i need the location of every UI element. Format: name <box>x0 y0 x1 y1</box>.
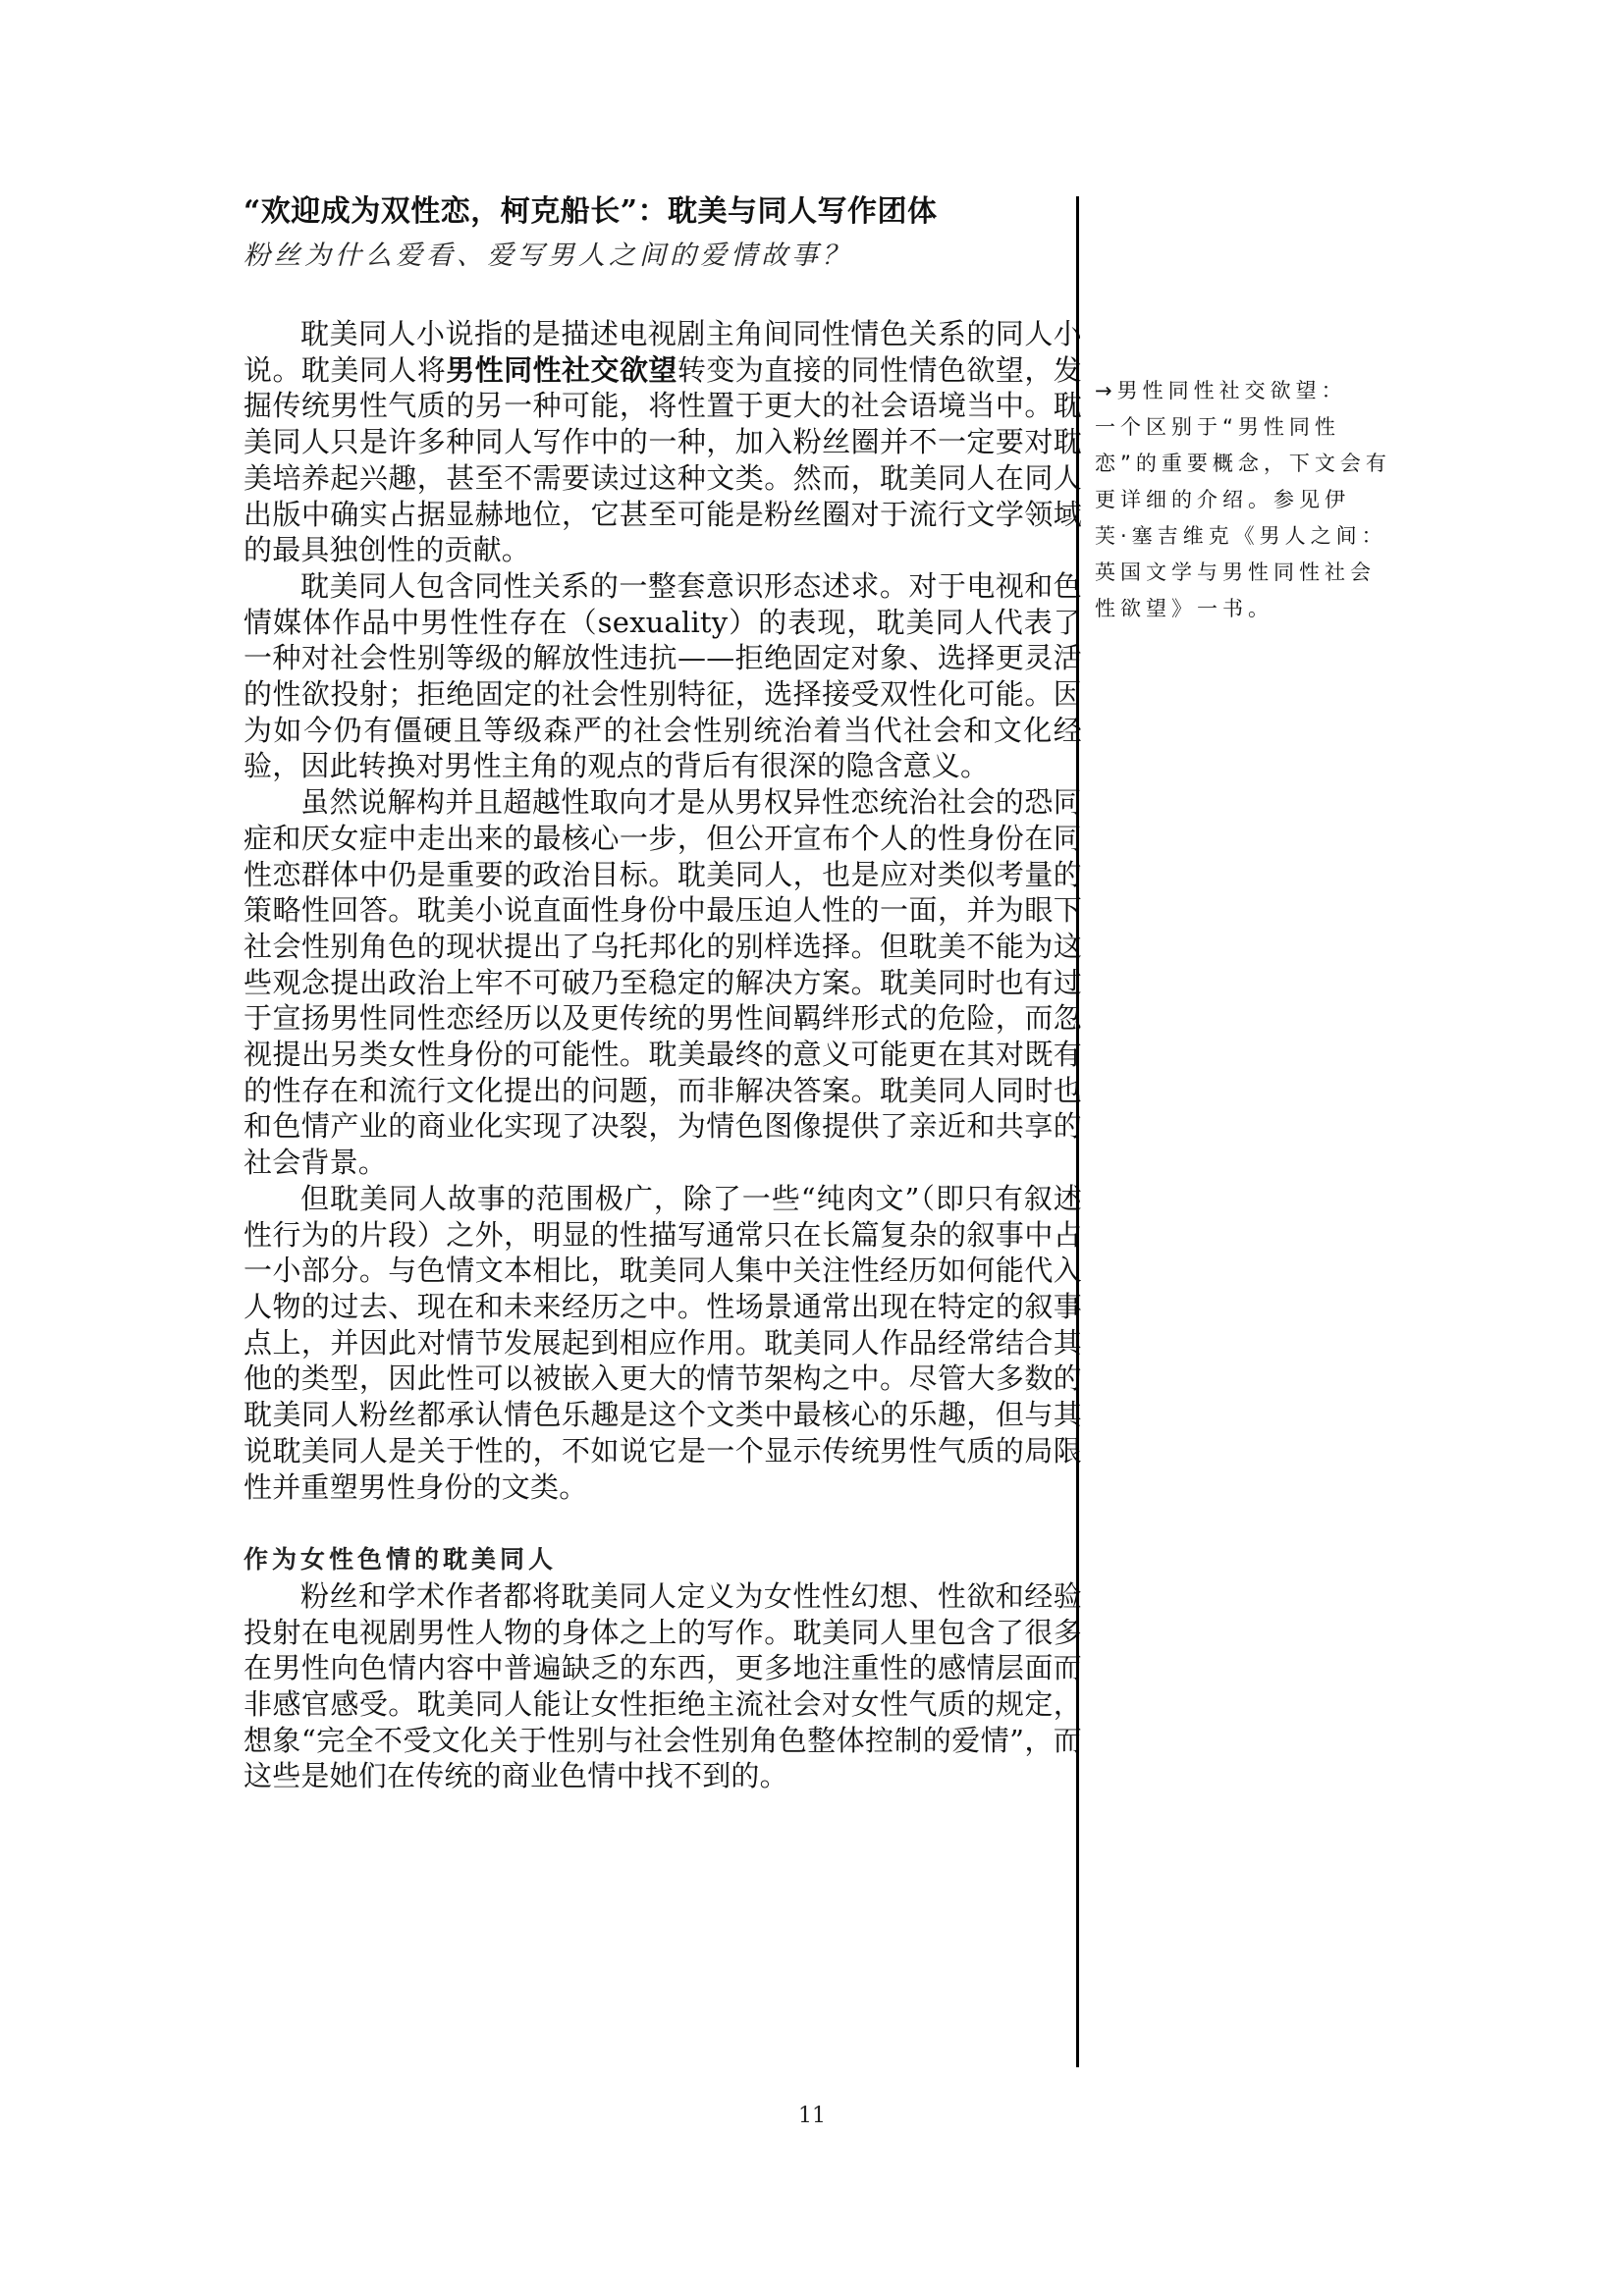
margin-note-line: 芙·塞吉维克《男人之间： <box>1095 518 1399 555</box>
margin-divider <box>1076 196 1079 2067</box>
paragraph-1: 耽美同人小说指的是描述电视剧主角间同性情色关系的同人小说。耽美同人将男性同性社交… <box>244 316 1082 568</box>
key-term: 男性同性社交欲望 <box>446 353 677 387</box>
document-page: “欢迎成为双性恋，柯克船长”：耽美与同人写作团体 粉丝为什么爱看、爱写男人之间的… <box>0 0 1624 2296</box>
main-column: “欢迎成为双性恋，柯克船长”：耽美与同人写作团体 粉丝为什么爱看、爱写男人之间的… <box>244 192 1082 1794</box>
paragraph-2: 耽美同人包含同性关系的一整套意识形态述求。对于电视和色情媒体作品中男性性存在（s… <box>244 568 1082 784</box>
page-number: 11 <box>0 2104 1624 2128</box>
margin-note: →男性同性社交欲望： 一个区别于“男性同性 恋”的重要概念，下文会有 更详细的介… <box>1095 373 1399 627</box>
section-heading: 作为女性色情的耽美同人 <box>244 1542 1082 1578</box>
margin-note-line: 一个区别于“男性同性 <box>1095 409 1399 446</box>
chapter-subtitle: 粉丝为什么爱看、爱写男人之间的爱情故事？ <box>244 236 1082 277</box>
chapter-title: “欢迎成为双性恋，柯克船长”：耽美与同人写作团体 <box>244 192 1082 232</box>
body-text: 耽美同人小说指的是描述电视剧主角间同性情色关系的同人小说。耽美同人将男性同性社交… <box>244 316 1082 1794</box>
paragraph-3: 虽然说解构并且超越性取向才是从男权异性恋统治社会的恐同症和厌女症中走出来的最核心… <box>244 784 1082 1181</box>
margin-note-line: 性欲望》一书。 <box>1095 591 1399 627</box>
margin-note-line: 英国文学与男性同性社会 <box>1095 555 1399 591</box>
paragraph-4: 但耽美同人故事的范围极广，除了一些“纯肉文”（即只有叙述性行为的片段）之外，明显… <box>244 1181 1082 1505</box>
margin-note-line: 恋”的重要概念，下文会有 <box>1095 446 1399 482</box>
margin-note-line: →男性同性社交欲望： <box>1095 373 1399 409</box>
margin-note-line: 更详细的介绍。参见伊 <box>1095 482 1399 518</box>
section-paragraph: 粉丝和学术作者都将耽美同人定义为女性性幻想、性欲和经验投射在电视剧男性人物的身体… <box>244 1578 1082 1794</box>
